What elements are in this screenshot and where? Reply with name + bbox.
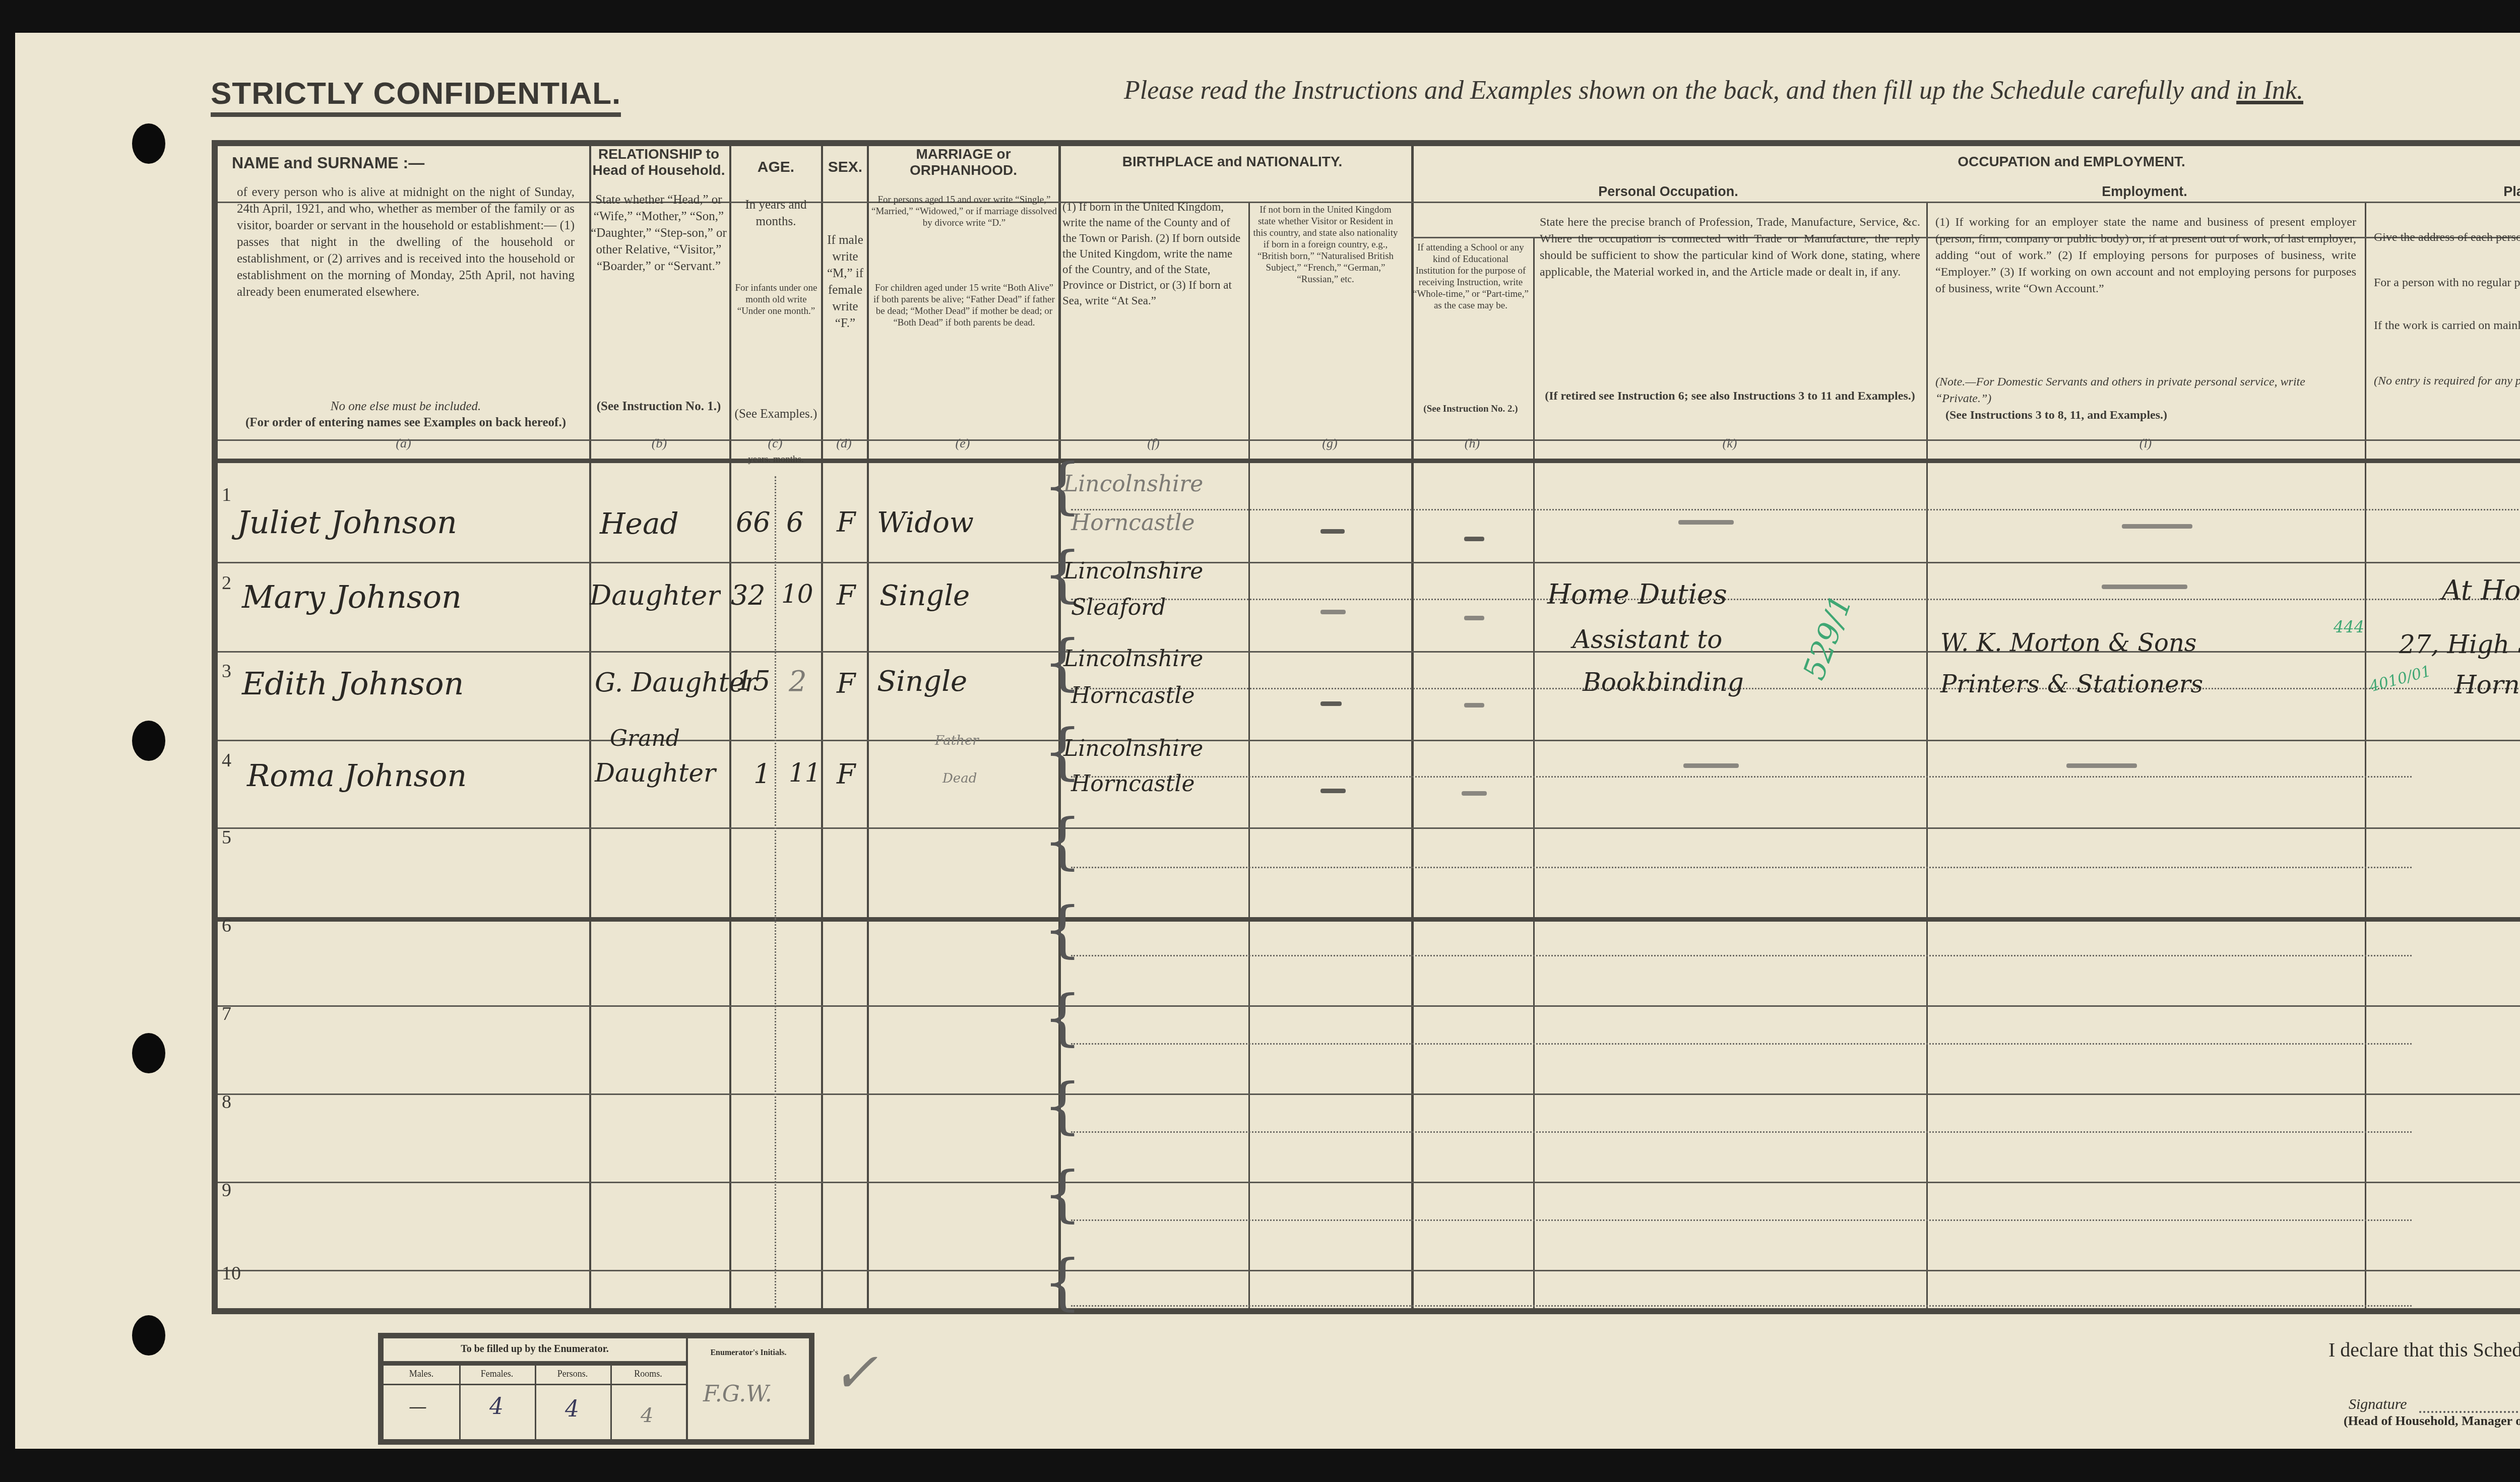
col-k-note: (If retired see Instruction 6; see also … (1540, 388, 1920, 405)
col-m-body3: If the work is carried on mainly at home… (2374, 317, 2520, 334)
declaration-caption: (Head of Household, Manager of Establish… (2344, 1413, 2520, 1429)
row3-sex[interactable]: F (837, 668, 855, 699)
col-m-note: (No entry is required for any person who… (2374, 373, 2520, 390)
row-number: 4 (222, 749, 231, 771)
col-c-title: AGE. (732, 159, 820, 176)
row2-birth-county[interactable]: Lincolnshire (1063, 558, 1203, 584)
row3-employment-line1[interactable]: W. K. Morton & Sons (1940, 629, 2197, 657)
col-letter-l: (l) (1926, 436, 2365, 451)
row3-employment-line2[interactable]: Printers & Stationers (1940, 670, 2203, 698)
row3-birth-town[interactable]: Horncastle (1071, 683, 1194, 708)
col-f-body: (1) If born in the United Kingdom, write… (1062, 199, 1244, 308)
row1-sex[interactable]: F (837, 506, 855, 538)
col-letter-k: (k) (1533, 436, 1926, 451)
col-m-title: Place of Work. (2366, 184, 2520, 200)
col-letter-d: (d) (821, 436, 867, 451)
col-e-body2: For children aged under 15 write “Both A… (871, 282, 1057, 329)
row4-relationship-line1[interactable]: Grand (610, 726, 680, 751)
enumerator-col-rooms: Rooms. (610, 1369, 686, 1379)
row2-occupation[interactable]: Home Duties (1547, 578, 1727, 610)
enumerator-col-persons: Persons. (535, 1369, 610, 1379)
enumerator-col-males: Males. (384, 1369, 459, 1379)
row1-relationship[interactable]: Head (600, 506, 679, 541)
col-a-note2: (For order of entering names see Example… (237, 414, 575, 431)
row4-sex[interactable]: F (837, 758, 855, 790)
col-letter-c: (c) (729, 436, 821, 451)
row-number: 2 (222, 572, 231, 594)
col-l-note: (Note.—For Domestic Servants and others … (1935, 374, 2356, 407)
col-letter-h: (h) (1411, 436, 1533, 451)
row-number: 5 (222, 826, 231, 849)
signature-label: Signature (2349, 1396, 2407, 1413)
punch-hole-icon (132, 721, 165, 761)
col-d-title: SEX. (823, 159, 868, 176)
row3-occupation-line2[interactable]: Bookbinding (1583, 668, 1744, 697)
enumerator-col-females: Females. (459, 1369, 535, 1379)
row4-birth-town[interactable]: Horncastle (1071, 771, 1194, 797)
col-m-body: Give the address of each person's place … (2374, 229, 2520, 246)
col-h-note: (See Instruction No. 2.) (1412, 403, 1529, 415)
row3-name[interactable]: Edith Johnson (242, 665, 464, 702)
row4-relationship-line2[interactable]: Daughter (595, 758, 716, 788)
row2-sex[interactable]: F (837, 579, 855, 611)
declaration-text: I declare that this Schedule is correctl… (2328, 1338, 2520, 1362)
enumerator-check-mark: ✓ (832, 1340, 878, 1405)
row3-occupation-line1[interactable]: Assistant to (1572, 625, 1722, 654)
row2-marriage[interactable]: Single (879, 579, 970, 612)
col-b-note: (See Instruction No. 1.) (591, 398, 727, 415)
col-c-body2: For infants under one month old write “U… (733, 282, 819, 317)
col-d-body: If male write “M,” if female write “F.” (824, 232, 867, 332)
row2-relationship[interactable]: Daughter (590, 579, 721, 611)
col-l-note2: (See Instructions 3 to 8, 11, and Exampl… (1945, 407, 2356, 424)
row-number: 1 (222, 484, 231, 506)
page-title: STRICTLY CONFIDENTIAL. (211, 76, 621, 117)
row4-name[interactable]: Roma Johnson (247, 758, 467, 794)
age-subheading: years. months. (732, 454, 820, 465)
instructions-line: Please read the Instructions and Example… (1124, 76, 2303, 105)
row4-marriage-line2[interactable]: Dead (942, 771, 977, 786)
col-a-body: of every person who is alive at midnight… (237, 184, 575, 300)
col-letter-g: (g) (1248, 436, 1411, 451)
punch-hole-icon (132, 1033, 165, 1073)
col-c-body: In years and months. (732, 197, 820, 230)
row2-birth-town[interactable]: Sleaford (1071, 595, 1166, 620)
schedule-table (212, 140, 2520, 1314)
col-m-body2: For a person with no regular place of wo… (2374, 275, 2520, 291)
col-letter-b: (b) (589, 436, 729, 451)
row1-age-months[interactable]: 6 (786, 506, 803, 538)
enumerator-males-value[interactable]: — (409, 1396, 427, 1417)
col-c-note: (See Examples.) (732, 406, 820, 422)
enumerator-initials-box: Enumerator's Initials. F.G.W. (686, 1333, 814, 1445)
row3-relationship[interactable]: G. Daughter (595, 668, 757, 698)
enumerator-persons-value[interactable]: 4 (565, 1396, 579, 1422)
col-b-title: RELATIONSHIP to Head of Household. (591, 146, 727, 178)
enumerator-box-heading: To be filled up by the Enumerator. (384, 1343, 686, 1355)
col-letter-m: (m) (2365, 436, 2520, 451)
instructions-ink: in Ink. (2236, 76, 2303, 105)
row4-age-months[interactable]: 11 (789, 758, 821, 788)
row4-birth-county[interactable]: Lincolnshire (1063, 736, 1203, 761)
row-number: 7 (222, 1003, 231, 1025)
signature-line (2419, 1406, 2520, 1413)
row1-marriage[interactable]: Widow (877, 506, 974, 539)
col-l-title: Employment. (1928, 184, 2361, 200)
row3-place-line2[interactable]: Horncastle. (2454, 670, 2520, 699)
col-k-body: State here the precise branch of Profess… (1540, 214, 1920, 281)
enumerator-females-value[interactable]: 4 (489, 1394, 503, 1420)
col-g-body: If not born in the United Kingdom state … (1252, 204, 1399, 285)
col-personal-occ-title: Personal Occupation. (1411, 184, 1925, 200)
enumerator-box: To be filled up by the Enumerator. Males… (378, 1333, 691, 1445)
row-number: 3 (222, 660, 231, 682)
row3-age-months[interactable]: 2 (789, 665, 807, 698)
col-e-title: MARRIAGE or ORPHANHOOD. (869, 146, 1058, 178)
col-a-title: NAME and SURNAME :— (232, 154, 424, 172)
row-number: 10 (222, 1262, 241, 1284)
col-e-body: For persons aged 15 and over write “Sing… (871, 194, 1057, 229)
instructions-text: Please read the Instructions and Example… (1124, 76, 2236, 105)
col-l-body: (1) If working for an employer state the… (1935, 214, 2356, 297)
col-occ-title: OCCUPATION and EMPLOYMENT. (1411, 154, 2520, 170)
row3-age-years[interactable]: 15 (736, 665, 771, 697)
enumerator-rooms-value[interactable]: 4 (641, 1404, 653, 1427)
col-a-note: No one else must be included. (237, 398, 575, 415)
enumerator-initials-heading: Enumerator's Initials. (688, 1348, 809, 1358)
punch-hole-icon (132, 1315, 165, 1356)
row3-employment-code: 444 (2334, 617, 2364, 636)
row-number: 9 (222, 1179, 231, 1201)
row2-age-months[interactable]: 10 (781, 579, 813, 609)
row2-name[interactable]: Mary Johnson (242, 578, 462, 615)
row3-birth-county[interactable]: Lincolnshire (1063, 646, 1203, 672)
col-fg-title: BIRTHPLACE and NATIONALITY. (1063, 154, 1401, 170)
enumerator-initials-value[interactable]: F.G.W. (703, 1381, 772, 1407)
row1-birth-town[interactable]: Horncastle (1071, 510, 1194, 536)
row4-marriage-line1[interactable]: Father (935, 733, 979, 748)
row-number: 6 (222, 915, 231, 937)
col-letter-a: (a) (218, 436, 589, 451)
col-b-body: State whether “Head,” or “Wife,” “Mother… (591, 191, 727, 275)
row2-place[interactable]: At Home (2442, 574, 2520, 606)
col-letter-f: (f) (1058, 436, 1248, 451)
row1-age-years[interactable]: 66 (736, 506, 771, 538)
row1-birth-county[interactable]: Lincolnshire (1063, 471, 1203, 497)
row-number: 8 (222, 1091, 231, 1113)
col-letter-e: (e) (867, 436, 1058, 451)
col-h-body: If attending a School or any kind of Edu… (1412, 242, 1529, 311)
punch-hole-icon (132, 123, 165, 164)
row3-marriage[interactable]: Single (877, 665, 967, 698)
row4-age-years[interactable]: 1 (753, 758, 771, 790)
row3-place-line1[interactable]: 27, High Street (2399, 630, 2520, 659)
row2-age-years[interactable]: 32 (731, 579, 766, 611)
row1-name[interactable]: Juliet Johnson (237, 504, 457, 541)
